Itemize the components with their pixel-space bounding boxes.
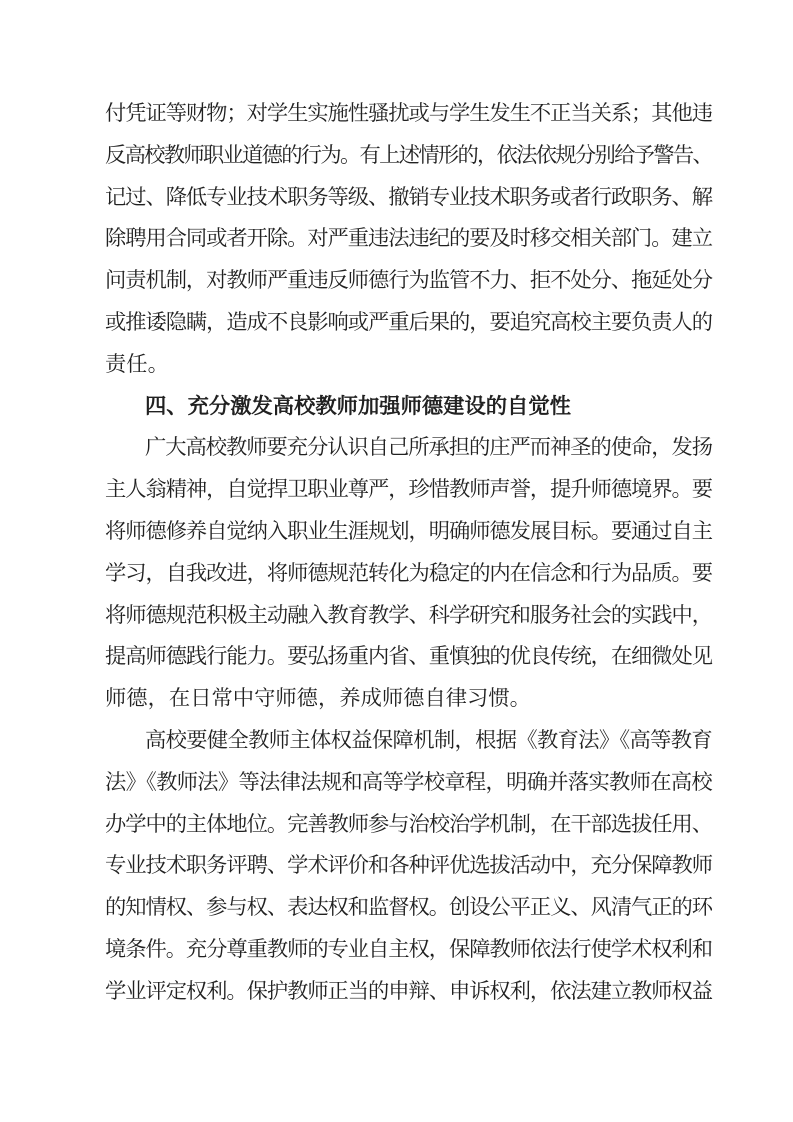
text-line-content: 将师德规范积极主动融入教育教学、科学研究和服务社会的实践中， [105,603,712,627]
text-line: 或推诿隐瞒，造成不良影响或严重后果的，要追究高校主要负责人的 [105,302,712,344]
text-line-content: 记过、降低专业技术职务等级、撤销专业技术职务或者行政职务、解 [105,185,712,209]
text-line: 学业评定权利。保护教师正当的申辩、申诉权利，依法建立教师权益 [105,971,712,1013]
text-line-content: 办学中的主体地位。完善教师参与治校治学机制，在干部选拔任用、 [105,812,712,836]
text-line: 师德，在日常中守师德，养成师德自律习惯。 [105,678,712,720]
text-block: 付凭证等财物；对学生实施性骚扰或与学生发生不正当关系；其他违反高校教师职业道德的… [105,93,712,1013]
text-line-content: 除聘用合同或者开除。对严重违法违纪的要及时移交相关部门。建立 [105,226,712,250]
document-page: 付凭证等财物；对学生实施性骚扰或与学生发生不正当关系；其他违反高校教师职业道德的… [0,0,793,1122]
text-line-content: 主人翁精神，自觉捍卫职业尊严，珍惜教师声誉，提升师德境界。要 [105,477,712,501]
text-line: 广大高校教师要充分认识自己所承担的庄严而神圣的使命，发扬 [105,427,712,469]
text-line: 将师德修养自觉纳入职业生涯规划，明确师德发展目标。要通过自主 [105,511,712,553]
text-line-content: 学业评定权利。保护教师正当的申辩、申诉权利，依法建立教师权益 [105,979,712,1003]
text-line-content: 的知情权、参与权、表达权和监督权。创设公平正义、风清气正的环 [105,895,712,919]
text-line-content: 师德，在日常中守师德，养成师德自律习惯。 [105,686,531,710]
text-line-content: 或推诿隐瞒，造成不良影响或严重后果的，要追究高校主要负责人的 [105,310,712,334]
text-line: 付凭证等财物；对学生实施性骚扰或与学生发生不正当关系；其他违 [105,93,712,135]
text-line-content: 四、充分激发高校教师加强师德建设的自觉性 [145,394,571,418]
text-line: 境条件。充分尊重教师的专业自主权，保障教师依法行使学术权利和 [105,929,712,971]
text-line-content: 责任。 [105,352,169,376]
text-line-content: 境条件。充分尊重教师的专业自主权，保障教师依法行使学术权利和 [105,937,712,961]
text-line: 高校要健全教师主体权益保障机制，根据《教育法》《高等教育 [105,720,712,762]
text-line-content: 提高师德践行能力。要弘扬重内省、重慎独的优良传统，在细微处见 [105,644,712,668]
text-line: 提高师德践行能力。要弘扬重内省、重慎独的优良传统，在细微处见 [105,636,712,678]
text-line-content: 问责机制，对教师严重违反师德行为监管不力、拒不处分、拖延处分 [105,268,712,292]
text-line-content: 反高校教师职业道德的行为。有上述情形的，依法依规分别给予警告、 [105,143,712,167]
text-line: 的知情权、参与权、表达权和监督权。创设公平正义、风清气正的环 [105,887,712,929]
text-line: 主人翁精神，自觉捍卫职业尊严，珍惜教师声誉，提升师德境界。要 [105,469,712,511]
text-line: 反高校教师职业道德的行为。有上述情形的，依法依规分别给予警告、 [105,135,712,177]
text-line-content: 付凭证等财物；对学生实施性骚扰或与学生发生不正当关系；其他违 [105,101,712,125]
text-line-content: 将师德修养自觉纳入职业生涯规划，明确师德发展目标。要通过自主 [105,519,712,543]
section-heading: 四、充分激发高校教师加强师德建设的自觉性 [105,386,712,428]
text-line: 专业技术职务评聘、学术评价和各种评优选拔活动中，充分保障教师 [105,845,712,887]
text-line-content: 学习，自我改进，将师德规范转化为稳定的内在信念和行为品质。要 [105,561,712,585]
text-line: 法》《教师法》等法律法规和高等学校章程，明确并落实教师在高校 [105,762,712,804]
text-line: 问责机制，对教师严重违反师德行为监管不力、拒不处分、拖延处分 [105,260,712,302]
text-line-content: 法》《教师法》等法律法规和高等学校章程，明确并落实教师在高校 [105,770,712,794]
text-line: 将师德规范积极主动融入教育教学、科学研究和服务社会的实践中， [105,595,712,637]
text-line-content: 高校要健全教师主体权益保障机制，根据《教育法》《高等教育 [145,728,712,752]
text-line: 记过、降低专业技术职务等级、撤销专业技术职务或者行政职务、解 [105,177,712,219]
text-line-content: 专业技术职务评聘、学术评价和各种评优选拔活动中，充分保障教师 [105,853,712,877]
text-line: 责任。 [105,344,712,386]
text-line: 办学中的主体地位。完善教师参与治校治学机制，在干部选拔任用、 [105,804,712,846]
text-line: 除聘用合同或者开除。对严重违法违纪的要及时移交相关部门。建立 [105,218,712,260]
text-line: 学习，自我改进，将师德规范转化为稳定的内在信念和行为品质。要 [105,553,712,595]
text-line-content: 广大高校教师要充分认识自己所承担的庄严而神圣的使命，发扬 [145,435,712,459]
